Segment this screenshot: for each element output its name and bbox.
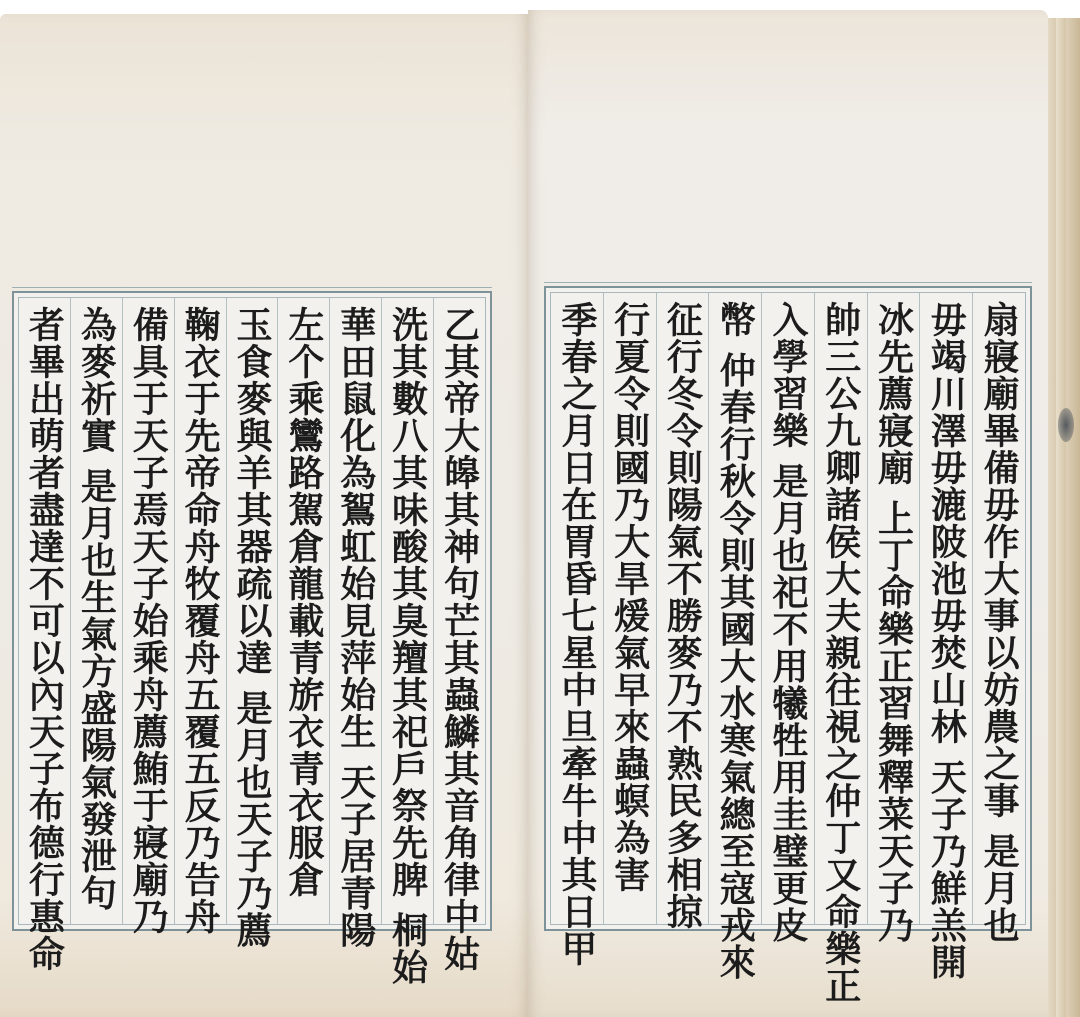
- column-text: 幣 仲春行秋令則其國大水寒氣總至寇戎來: [711, 301, 759, 924]
- ruled-line: [12, 287, 492, 288]
- ink-stain: [1058, 408, 1074, 442]
- page-edge: [1056, 18, 1066, 1017]
- column-text: 帥三公九卿諸侯大夫親往視之仲丁又命樂正: [817, 301, 865, 924]
- right-text-frame: 扇寢廟畢備毋作大事以妨農之事 是月也 毋竭川澤毋漉陂池毋焚山林 天子乃鮮羔開 冰…: [544, 286, 1032, 931]
- column-text: 扇寢廟畢備毋作大事以妨農之事 是月也: [975, 301, 1023, 924]
- text-column: 入學習樂 是月也祀不用犧牲用圭璧更皮: [761, 293, 814, 924]
- column-text: 左个乘鸞路駕倉龍載青旂衣青衣服倉: [280, 306, 328, 924]
- column-text: 為麥祈實 是月也生氣方盛陽氣發泄句: [72, 306, 120, 924]
- column-text: 入學習樂 是月也祀不用犧牲用圭璧更皮: [764, 301, 812, 924]
- column-text: 毋竭川澤毋漉陂池毋焚山林 天子乃鮮羔開: [922, 301, 970, 924]
- text-column: 左个乘鸞路駕倉龍載青旂衣青衣服倉: [277, 298, 329, 924]
- column-text: 玉食麥與羊其器疏以達 是月也天子乃薦: [228, 306, 276, 924]
- column-text: 行夏令則國乃大旱煖氣早來蟲螟為害: [606, 301, 654, 924]
- open-book: 乙其帝大皞其神句芒其蟲鱗其音角律中姑 洗其數八其味酸其臭羶其祀戶祭先脾 桐始 華…: [0, 0, 1080, 1017]
- text-column: 者畢出萌者盡達不可以內天子布德行惠命: [19, 298, 70, 924]
- column-text: 乙其帝大皞其神句芒其蟲鱗其音角律中姑: [436, 306, 484, 924]
- text-column: 征行冬令則陽氣不勝麥乃不熟民多相掠: [656, 293, 709, 924]
- text-column: 冰先薦寢廟 上丁命樂正習舞釋菜天子乃: [867, 293, 920, 924]
- column-text: 備具于天子焉天子始乘舟薦鮪于寢廟乃: [124, 306, 172, 924]
- text-column: 毋竭川澤毋漉陂池毋焚山林 天子乃鮮羔開: [919, 293, 972, 924]
- column-text: 者畢出萌者盡達不可以內天子布德行惠命: [20, 306, 68, 924]
- text-column: 扇寢廟畢備毋作大事以妨農之事 是月也: [972, 293, 1025, 924]
- text-column: 備具于天子焉天子始乘舟薦鮪于寢廟乃: [122, 298, 174, 924]
- text-column: 行夏令則國乃大旱煖氣早來蟲螟為害: [603, 293, 656, 924]
- text-column: 華田鼠化為鴽虹始見萍始生 天子居青陽: [329, 298, 381, 924]
- column-text: 洗其數八其味酸其臭羶其祀戶祭先脾 桐始: [384, 306, 432, 924]
- text-column: 幣 仲春行秋令則其國大水寒氣總至寇戎來: [708, 293, 761, 924]
- column-text: 冰先薦寢廟 上丁命樂正習舞釋菜天子乃: [870, 301, 918, 924]
- column-text: 華田鼠化為鴽虹始見萍始生 天子居青陽: [332, 306, 380, 924]
- text-column: 為麥祈實 是月也生氣方盛陽氣發泄句: [70, 298, 122, 924]
- text-column: 季春之月日在胃昏七星中旦牽牛中其日甲: [551, 293, 603, 924]
- left-text-frame: 乙其帝大皞其神句芒其蟲鱗其音角律中姑 洗其數八其味酸其臭羶其祀戶祭先脾 桐始 華…: [12, 291, 492, 931]
- ruled-line: [544, 282, 1032, 283]
- column-text: 季春之月日在胃昏七星中旦牽牛中其日甲: [553, 301, 601, 924]
- page-edge: [1066, 18, 1080, 1017]
- text-column: 洗其數八其味酸其臭羶其祀戶祭先脾 桐始: [381, 298, 433, 924]
- text-column: 玉食麥與羊其器疏以達 是月也天子乃薦: [226, 298, 278, 924]
- text-column: 鞠衣于先帝命舟牧覆舟五覆五反乃告舟: [174, 298, 226, 924]
- text-column: 乙其帝大皞其神句芒其蟲鱗其音角律中姑: [433, 298, 485, 924]
- column-text: 征行冬令則陽氣不勝麥乃不熟民多相掠: [658, 301, 706, 924]
- text-column: 帥三公九卿諸侯大夫親往視之仲丁又命樂正: [814, 293, 867, 924]
- column-text: 鞠衣于先帝命舟牧覆舟五覆五反乃告舟: [176, 306, 224, 924]
